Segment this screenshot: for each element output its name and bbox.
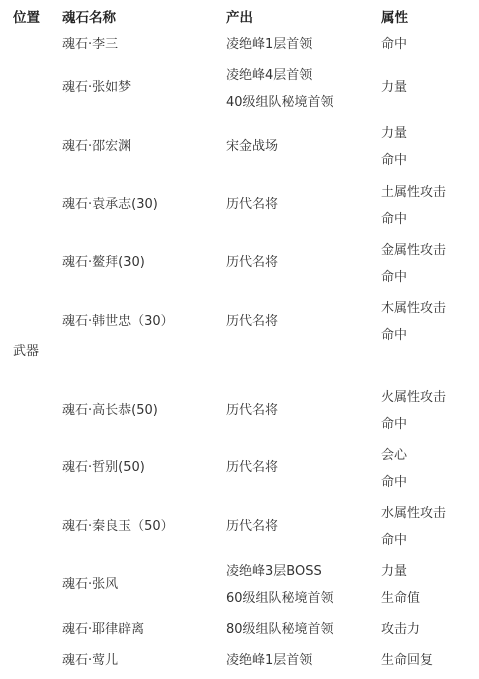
row-attribute: 命中	[381, 152, 407, 170]
row-source: 凌绝峰3层BOSS	[226, 563, 322, 581]
position-cell: 武器	[13, 343, 39, 361]
header-name: 魂石名称	[62, 6, 116, 26]
row-name: 魂石·高长恭(50)	[62, 402, 158, 420]
row-name: 魂石·张风	[62, 576, 118, 594]
row-source: 凌绝峰1层首领	[226, 36, 312, 54]
header-position: 位置	[13, 6, 40, 26]
row-name: 魂石·秦良玉（50）	[62, 518, 174, 536]
row-name: 魂石·袁承志(30)	[62, 196, 158, 214]
row-name: 魂石·哲别(50)	[62, 459, 145, 477]
row-source: 80级组队秘境首领	[226, 621, 334, 639]
row-source: 宋金战场	[226, 138, 278, 156]
row-attribute: 力量	[381, 563, 407, 581]
row-attribute: 攻击力	[381, 621, 420, 639]
row-attribute: 力量	[381, 79, 407, 97]
row-attribute: 命中	[381, 327, 407, 345]
row-name: 魂石·鳌拜(30)	[62, 254, 145, 272]
row-source: 历代名将	[226, 459, 278, 477]
row-attribute: 木属性攻击	[381, 300, 446, 318]
row-name: 魂石·耶律辟离	[62, 621, 144, 639]
row-name: 魂石·莺儿	[62, 652, 118, 670]
row-attribute: 水属性攻击	[381, 505, 446, 523]
row-name: 魂石·韩世忠（30）	[62, 313, 174, 331]
row-source: 历代名将	[226, 196, 278, 214]
row-source: 凌绝峰1层首领	[226, 652, 312, 670]
row-source: 60级组队秘境首领	[226, 590, 334, 608]
row-attribute: 土属性攻击	[381, 184, 446, 202]
row-source: 历代名将	[226, 402, 278, 420]
row-attribute: 命中	[381, 474, 407, 492]
row-attribute: 生命值	[381, 590, 420, 608]
row-attribute: 金属性攻击	[381, 242, 446, 260]
row-attribute: 会心	[381, 447, 407, 465]
row-attribute: 命中	[381, 416, 407, 434]
header-attribute: 属性	[381, 6, 408, 26]
row-name: 魂石·张如梦	[62, 79, 131, 97]
row-name: 魂石·李三	[62, 36, 118, 54]
row-attribute: 命中	[381, 532, 407, 550]
row-source: 凌绝峰4层首领	[226, 67, 312, 85]
row-name: 魂石·邵宏渊	[62, 138, 131, 156]
row-source: 40级组队秘境首领	[226, 94, 334, 112]
row-attribute: 力量	[381, 125, 407, 143]
header-source: 产出	[226, 6, 253, 26]
row-attribute: 命中	[381, 36, 407, 54]
row-attribute: 生命回复	[381, 652, 433, 670]
row-attribute: 命中	[381, 269, 407, 287]
row-source: 历代名将	[226, 313, 278, 331]
row-source: 历代名将	[226, 518, 278, 536]
row-attribute: 命中	[381, 211, 407, 229]
row-attribute: 火属性攻击	[381, 389, 446, 407]
row-source: 历代名将	[226, 254, 278, 272]
